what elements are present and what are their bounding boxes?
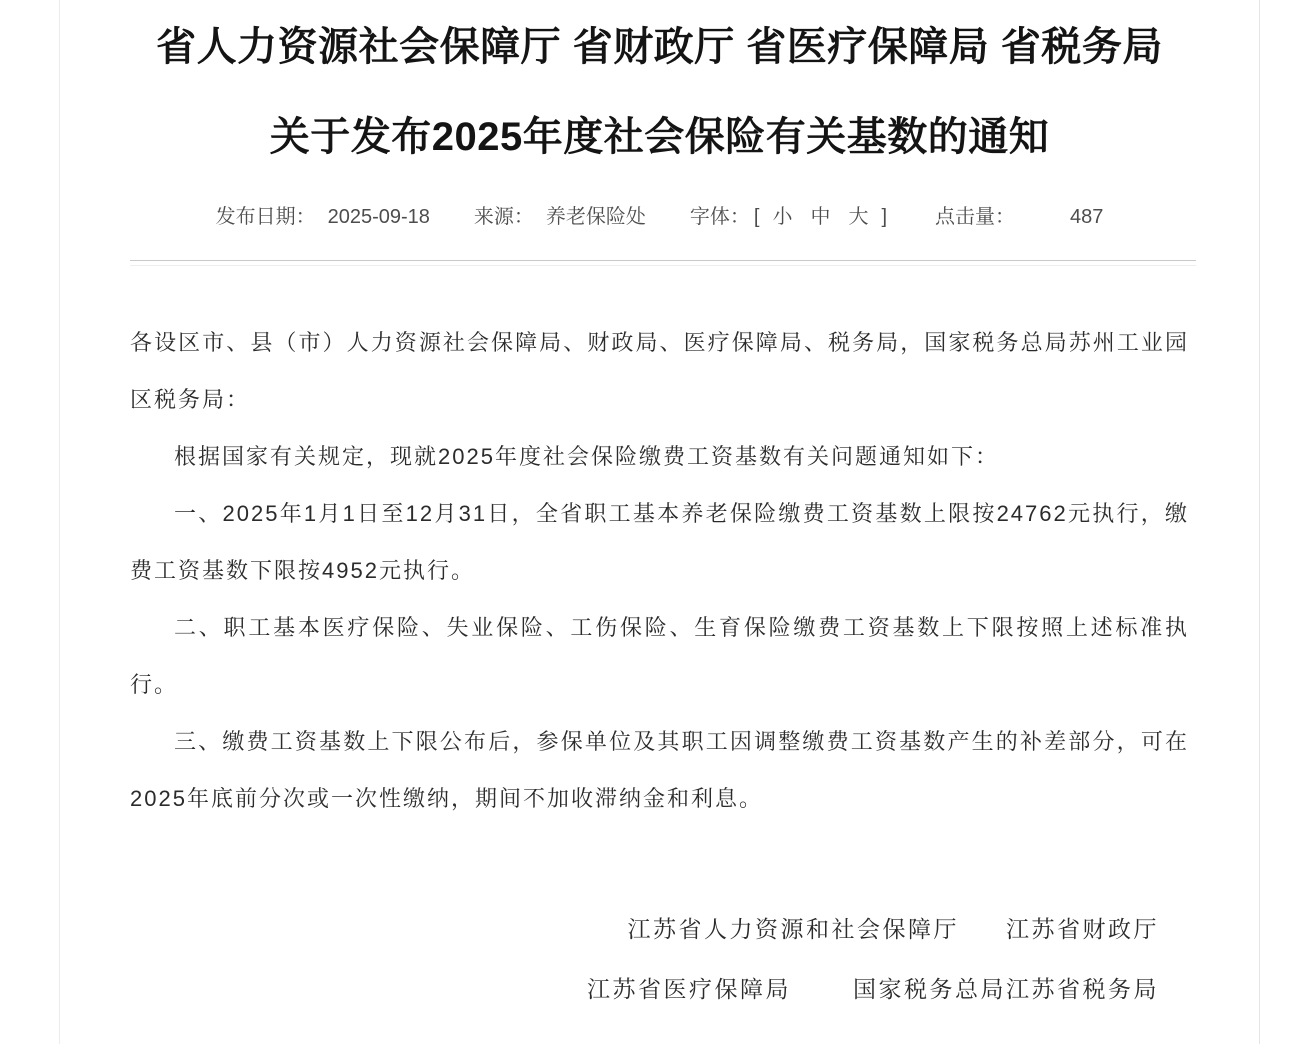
salutation-paragraph: 各设区市、县（市）人力资源社会保障局、财政局、医疗保障局、税务局，国家税务总局苏… xyxy=(130,314,1189,428)
source-label: 来源： xyxy=(474,204,534,230)
meta-bar: 发布日期： 2025-09-18 来源： 养老保险处 字体： [ 小 中 大 ]… xyxy=(130,204,1189,230)
hits-value: 487 xyxy=(1070,204,1103,230)
source-value: 养老保险处 xyxy=(546,204,646,230)
signature-org-healthcare: 江苏省医疗保障局 xyxy=(587,959,791,1019)
font-size-bracket-open: [ xyxy=(754,204,760,230)
intro-paragraph: 根据国家有关规定，现就2025年度社会保险缴费工资基数有关问题通知如下： xyxy=(130,428,1189,485)
font-size-bracket-close: ] xyxy=(881,204,887,230)
font-size-large-button[interactable]: 大 xyxy=(848,204,868,230)
source-group: 来源： 养老保险处 xyxy=(474,204,646,230)
content-panel: 省人力资源社会保障厅 省财政厅 省医疗保障局 省税务局 关于发布2025年度社会… xyxy=(59,0,1260,1044)
item-3-paragraph: 三、缴费工资基数上下限公布后，参保单位及其职工因调整缴费工资基数产生的补差部分，… xyxy=(130,713,1189,827)
divider xyxy=(130,260,1196,266)
notice-title: 省人力资源社会保障厅 省财政厅 省医疗保障局 省税务局 关于发布2025年度社会… xyxy=(130,0,1189,182)
notice-title-line-2: 关于发布2025年度社会保险有关基数的通知 xyxy=(130,92,1189,182)
signature-line-1: 江苏省人力资源和社会保障厅 江苏省财政厅 xyxy=(130,899,1159,959)
publish-date-group: 发布日期： 2025-09-18 xyxy=(216,204,430,230)
notice-body: 各设区市、县（市）人力资源社会保障局、财政局、医疗保障局、税务局，国家税务总局苏… xyxy=(130,314,1189,827)
item-2-paragraph: 二、职工基本医疗保险、失业保险、工伤保险、生育保险缴费工资基数上下限按照上述标准… xyxy=(130,599,1189,713)
signature-org-finance: 江苏省财政厅 xyxy=(1006,899,1159,959)
font-size-small-button[interactable]: 小 xyxy=(772,204,792,230)
signature-line-2: 江苏省医疗保障局 国家税务总局江苏省税务局 xyxy=(130,959,1159,1019)
signature-org-tax: 国家税务总局江苏省税务局 xyxy=(853,959,1159,1019)
publish-date-value: 2025-09-18 xyxy=(328,204,430,230)
notice-title-line-1: 省人力资源社会保障厅 省财政厅 省医疗保障局 省税务局 xyxy=(130,2,1189,92)
item-1-paragraph: 一、2025年1月1日至12月31日，全省职工基本养老保险缴费工资基数上限按24… xyxy=(130,485,1189,599)
font-size-medium-button[interactable]: 中 xyxy=(810,204,830,230)
hits-label: 点击量： xyxy=(935,204,1015,230)
font-size-label: 字体： xyxy=(690,204,750,230)
font-size-group: 字体： [ 小 中 大 ] xyxy=(690,204,891,230)
signature-block: 江苏省人力资源和社会保障厅 江苏省财政厅 江苏省医疗保障局 国家税务总局江苏省税… xyxy=(130,899,1189,1019)
signature-org-hrss: 江苏省人力资源和社会保障厅 xyxy=(628,899,960,959)
publish-date-label: 发布日期： xyxy=(216,204,316,230)
hits-group: 点击量： 487 xyxy=(935,204,1103,230)
